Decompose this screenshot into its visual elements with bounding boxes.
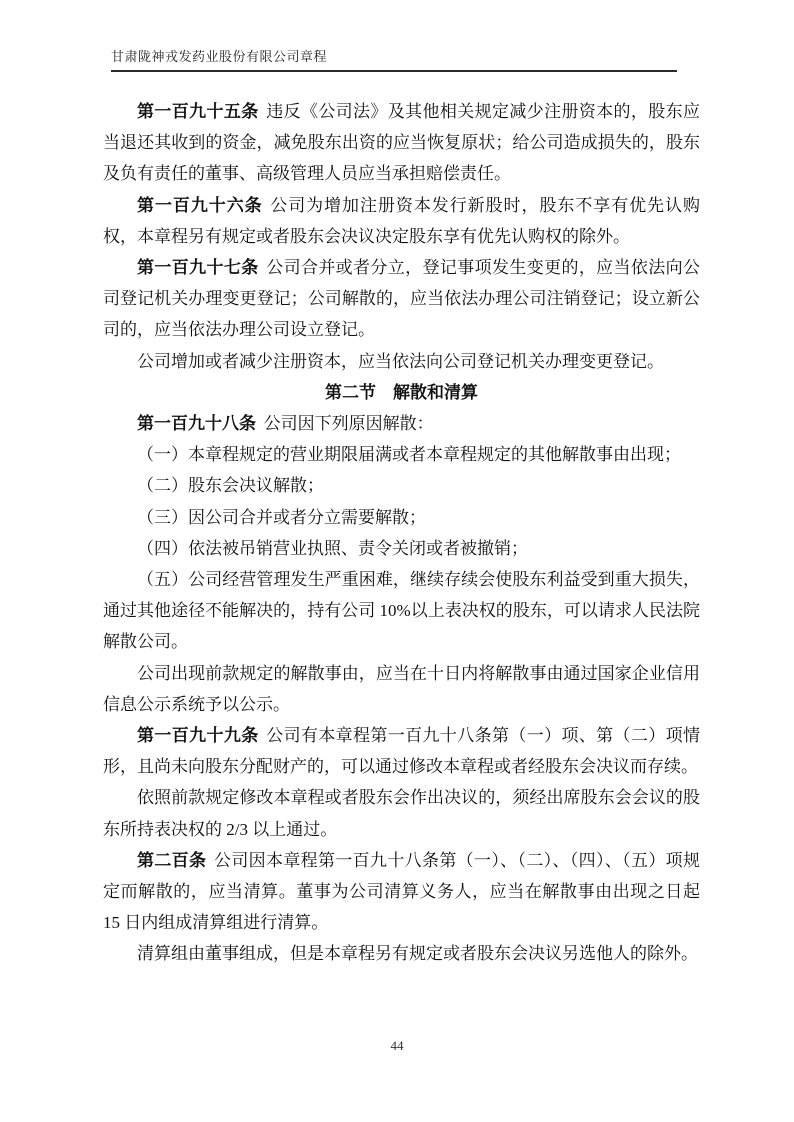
article-number: 第一百九十九条 xyxy=(137,726,259,745)
page-footer: 44 xyxy=(0,1038,794,1054)
document-page: 甘肃陇神戎发药业股份有限公司章程 第一百九十五条违反《公司法》及其他相关规定减少… xyxy=(0,0,794,1122)
article-number: 第一百九十七条 xyxy=(137,258,259,277)
article-text: 公司因下列原因解散： xyxy=(264,414,434,433)
paragraph: 第一百九十五条违反《公司法》及其他相关规定减少注册资本的，股东应当退还其收到的资… xyxy=(103,96,700,190)
paragraph: （五）公司经营管理发生严重困难，继续存续会使股东利益受到重大损失，通过其他途径不… xyxy=(103,564,700,658)
paragraph: 公司增加或者减少注册资本，应当依法向公司登记机关办理变更登记。 xyxy=(103,346,700,377)
paragraph: 依照前款规定修改本章程或者股东会作出决议的，须经出席股东会会议的股东所持表决权的… xyxy=(103,782,700,844)
paragraph: （三）因公司合并或者分立需要解散； xyxy=(103,502,700,533)
article-number: 第一百九十五条 xyxy=(137,102,259,121)
paragraph: 公司出现前款规定的解散事由，应当在十日内将解散事由通过国家企业信用信息公示系统予… xyxy=(103,658,700,720)
article-number: 第一百九十六条 xyxy=(137,196,263,215)
article-number: 第一百九十八条 xyxy=(137,414,256,433)
paragraph: 第一百九十八条公司因下列原因解散： xyxy=(103,408,700,439)
section-heading: 第二节 解散和清算 xyxy=(103,377,700,408)
paragraph: （二）股东会决议解散； xyxy=(103,470,700,501)
paragraph: 第一百九十六条公司为增加注册资本发行新股时，股东不享有优先认购权，本章程另有规定… xyxy=(103,190,700,252)
paragraph: （四）依法被吊销营业执照、责令关闭或者被撤销； xyxy=(103,533,700,564)
paragraph: 清算组由董事组成，但是本章程另有规定或者股东会决议另选他人的除外。 xyxy=(103,938,700,969)
header-title: 甘肃陇神戎发药业股份有限公司章程 xyxy=(111,49,327,64)
document-body: 第一百九十五条违反《公司法》及其他相关规定减少注册资本的，股东应当退还其收到的资… xyxy=(103,96,700,970)
paragraph: 第一百九十九条公司有本章程第一百九十八条第（一）项、第（二）项情形，且尚未向股东… xyxy=(103,720,700,782)
paragraph: （一）本章程规定的营业期限届满或者本章程规定的其他解散事由出现； xyxy=(103,439,700,470)
page-number: 44 xyxy=(391,1038,404,1053)
paragraph: 第二百条公司因本章程第一百九十八条第（一）、（二）、（四）、（五）项规定而解散的… xyxy=(103,845,700,939)
page-header: 甘肃陇神戎发药业股份有限公司章程 xyxy=(111,46,677,72)
paragraph: 第一百九十七条公司合并或者分立，登记事项发生变更的，应当依法向公司登记机关办理变… xyxy=(103,252,700,346)
article-number: 第二百条 xyxy=(137,851,206,870)
